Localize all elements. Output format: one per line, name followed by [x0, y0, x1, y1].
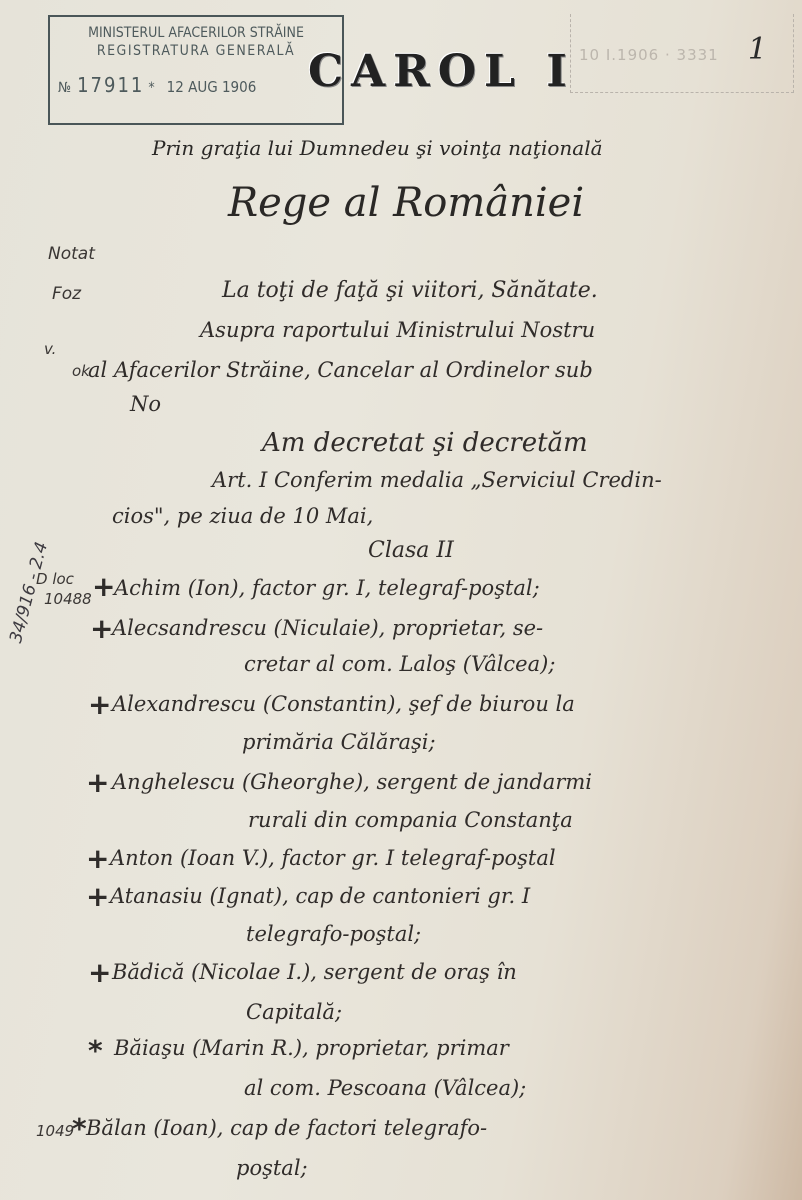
entry-line-cont: cretar al com. Laloş (Vâlcea);	[244, 652, 555, 676]
entry-line: Alecsandrescu (Niculaie), proprietar, se…	[112, 616, 543, 640]
entry-line-cont: primăria Călăraşi;	[242, 730, 436, 754]
entry-line: Băiaşu (Marin R.), proprietar, primar	[114, 1036, 509, 1060]
stamp-number-label: №	[58, 80, 71, 96]
stamp-date: 12 AUG 1906	[167, 78, 257, 96]
cross-mark-icon: +	[86, 842, 109, 875]
asterisk-mark-icon: *	[72, 1112, 87, 1145]
cross-mark-icon: +	[92, 570, 115, 603]
faded-stamp-text: 10 I.1906 · 3331	[579, 46, 719, 64]
class-heading: Clasa II	[368, 538, 454, 563]
cross-mark-icon: +	[86, 880, 109, 913]
pen-mark: 1	[748, 32, 767, 67]
article-1-cont: cios", pe ziua de 10 Mai,	[112, 504, 373, 528]
margin-ref-1: 10488	[44, 590, 92, 608]
entry-line-cont: Capitală;	[246, 1000, 342, 1024]
entry-line-cont: al com. Pescoana (Vâlcea);	[244, 1076, 526, 1100]
margin-ref-2: 1049	[36, 1122, 74, 1140]
cross-mark-icon: +	[88, 688, 111, 721]
intro-line-2: al Afacerilor Străine, Cancelar al Ordin…	[88, 358, 593, 382]
stamp-ministry: MINISTERUL AFACERILOR STRĂINE	[50, 25, 342, 41]
stamp-number: 17911	[77, 73, 144, 97]
stamp-star-icon: *	[148, 80, 154, 96]
king-title: Rege al României	[228, 180, 584, 226]
margin-notat: Notat	[48, 244, 95, 264]
cross-mark-icon: +	[86, 766, 109, 799]
intro-line-3: No	[130, 392, 161, 416]
entry-line: Atanasiu (Ignat), cap de cantonieri gr. …	[110, 884, 530, 908]
entry-line: Achim (Ion), factor gr. I, telegraf-poşt…	[114, 576, 540, 600]
entry-line: Alexandrescu (Constantin), şef de biurou…	[112, 692, 575, 716]
entry-line-cont: rurali din compania Constanţa	[248, 808, 573, 832]
margin-v: v.	[44, 340, 56, 358]
entry-line: Bălan (Ioan), cap de factori telegrafo-	[86, 1116, 487, 1140]
margin-initials: Foz	[52, 284, 81, 304]
cross-mark-icon: +	[90, 612, 113, 645]
entry-line: Anghelescu (Gheorghe), sergent de jandar…	[112, 770, 592, 794]
stamp-registry: REGISTRATURA GENERALĂ	[50, 43, 342, 59]
document-page: MINISTERUL AFACERILOR STRĂINE REGISTRATU…	[0, 0, 802, 1200]
grace-line: Prin graţia lui Dumnedeu şi voinţa naţio…	[152, 136, 603, 160]
article-1: Art. I Conferim medalia „Serviciul Credi…	[212, 468, 662, 492]
cross-mark-icon: +	[88, 956, 111, 989]
faded-stamp: 10 I.1906 · 3331 1	[570, 14, 794, 93]
salutation: La toţi de faţă şi viitori, Sănătate.	[222, 278, 598, 303]
asterisk-mark-icon: *	[88, 1034, 103, 1067]
registry-stamp: MINISTERUL AFACERILOR STRĂINE REGISTRATU…	[48, 15, 344, 125]
intro-line-1: Asupra raportului Ministrului Nostru	[200, 318, 595, 342]
entry-line-cont: poştal;	[236, 1156, 308, 1180]
entry-line-cont: telegrafo-poştal;	[246, 922, 421, 946]
document-title: CAROL I	[308, 46, 575, 97]
entry-line: Anton (Ioan V.), factor gr. I telegraf-p…	[110, 846, 556, 870]
entry-line: Bădică (Nicolae I.), sergent de oraş în	[112, 960, 517, 984]
stamp-number-row: № 17911 * 12 AUG 1906	[58, 73, 342, 97]
decree-line: Am decretat şi decretăm	[262, 428, 588, 458]
